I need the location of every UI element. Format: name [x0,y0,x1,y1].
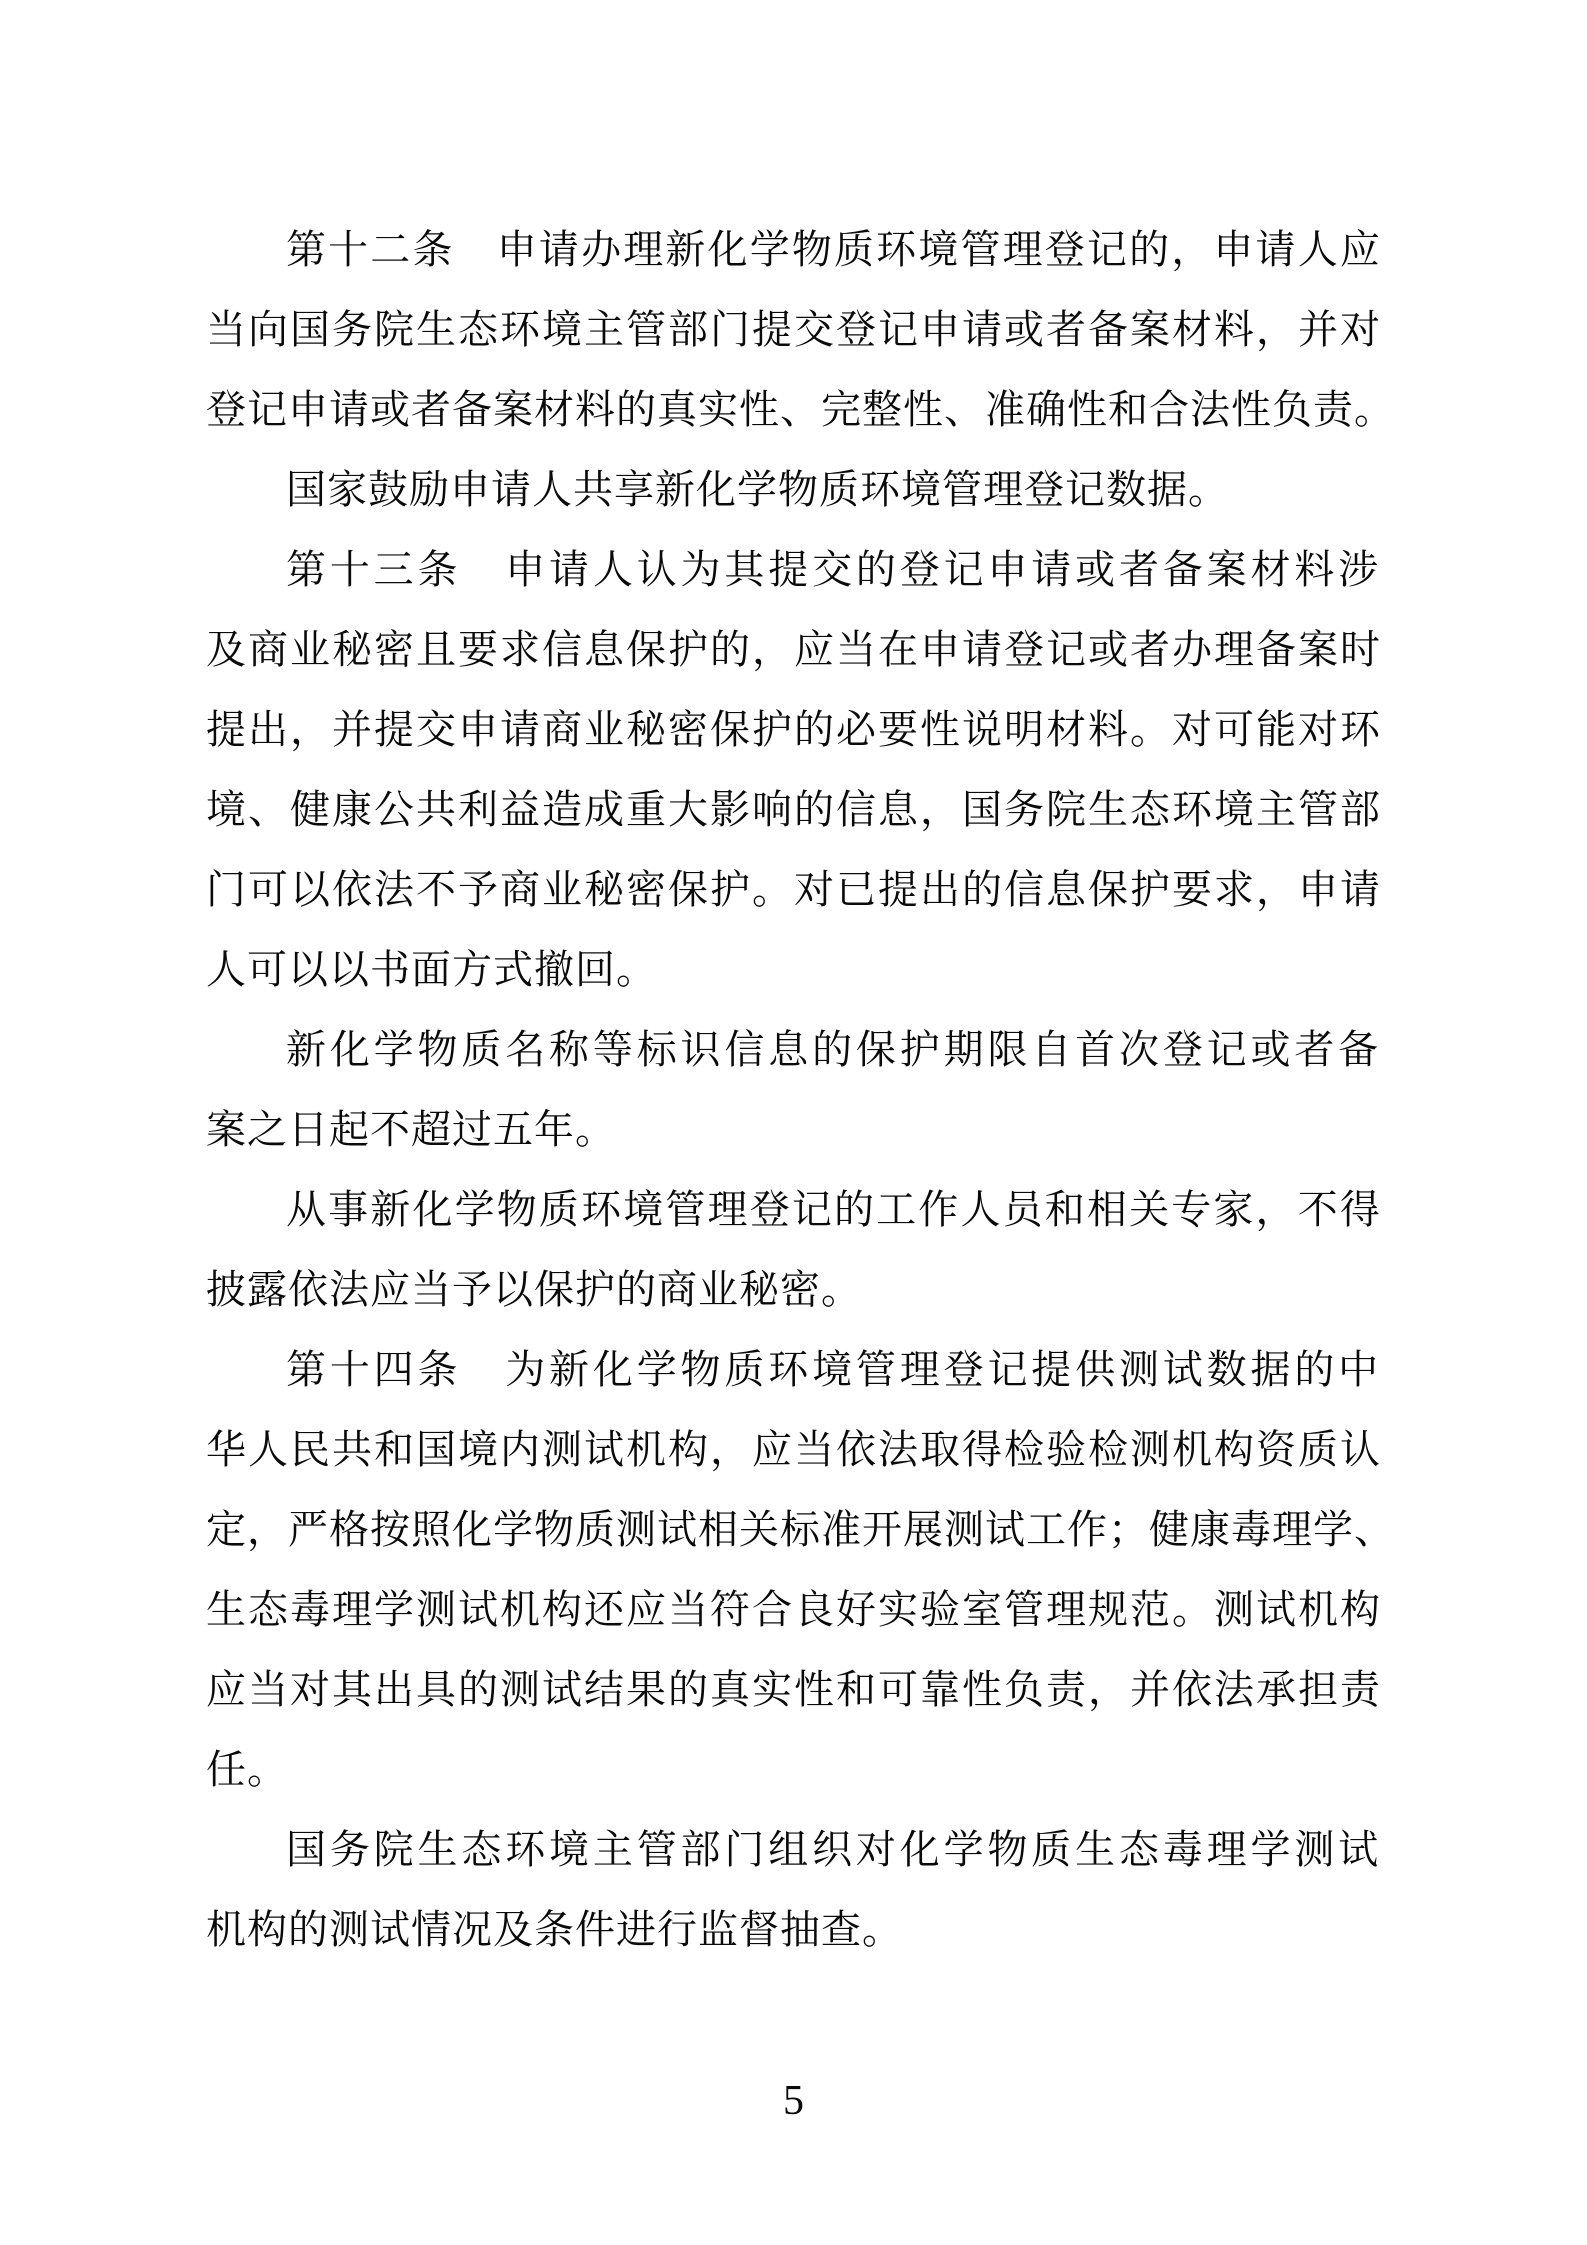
text-line: 从事新化学物质环境管理登记的工作人员和相关专家，不得 [206,1170,1382,1250]
text-line: 华人民共和国境内测试机构，应当依法取得检验检测机构资质认 [206,1410,1382,1490]
text-line: 第十四条 为新化学物质环境管理登记提供测试数据的中 [206,1330,1382,1410]
text-line: 境、健康公共利益造成重大影响的信息，国务院生态环境主管部 [206,770,1382,850]
text-line: 机构的测试情况及条件进行监督抽查。 [206,1890,1382,1970]
paragraph: 第十三条 申请人认为其提交的登记申请或者备案材料涉及商业秘密且要求信息保护的，应… [206,530,1382,1010]
text-line: 案之日起不超过五年。 [206,1090,1382,1170]
text-line: 国家鼓励申请人共享新化学物质环境管理登记数据。 [206,450,1382,530]
text-line: 门可以依法不予商业秘密保护。对已提出的信息保护要求，申请 [206,850,1382,930]
paragraph: 国务院生态环境主管部门组织对化学物质生态毒理学测试机构的测试情况及条件进行监督抽… [206,1810,1382,1970]
text-line: 生态毒理学测试机构还应当符合良好实验室管理规范。测试机构 [206,1570,1382,1650]
text-line: 任。 [206,1730,1382,1810]
paragraph: 从事新化学物质环境管理登记的工作人员和相关专家，不得披露依法应当予以保护的商业秘… [206,1170,1382,1330]
paragraph: 第十四条 为新化学物质环境管理登记提供测试数据的中华人民共和国境内测试机构，应当… [206,1330,1382,1810]
text-line: 定，严格按照化学物质测试相关标准开展测试工作；健康毒理学、 [206,1490,1382,1570]
text-line: 人可以以书面方式撤回。 [206,930,1382,1010]
document-body: 第十二条 申请办理新化学物质环境管理登记的，申请人应当向国务院生态环境主管部门提… [206,210,1382,1970]
page-number: 5 [0,2076,1587,2126]
text-line: 第十二条 申请办理新化学物质环境管理登记的，申请人应 [206,210,1382,290]
text-line: 当向国务院生态环境主管部门提交登记申请或者备案材料，并对 [206,290,1382,370]
text-line: 新化学物质名称等标识信息的保护期限自首次登记或者备 [206,1010,1382,1090]
text-line: 国务院生态环境主管部门组织对化学物质生态毒理学测试 [206,1810,1382,1890]
document-page: 第十二条 申请办理新化学物质环境管理登记的，申请人应当向国务院生态环境主管部门提… [0,0,1587,2245]
text-line: 披露依法应当予以保护的商业秘密。 [206,1250,1382,1330]
text-line: 提出，并提交申请商业秘密保护的必要性说明材料。对可能对环 [206,690,1382,770]
text-line: 应当对其出具的测试结果的真实性和可靠性负责，并依法承担责 [206,1650,1382,1730]
text-line: 及商业秘密且要求信息保护的，应当在申请登记或者办理备案时 [206,610,1382,690]
paragraph: 国家鼓励申请人共享新化学物质环境管理登记数据。 [206,450,1382,530]
text-line: 登记申请或者备案材料的真实性、完整性、准确性和合法性负责。 [206,370,1382,450]
paragraph: 第十二条 申请办理新化学物质环境管理登记的，申请人应当向国务院生态环境主管部门提… [206,210,1382,450]
paragraph: 新化学物质名称等标识信息的保护期限自首次登记或者备案之日起不超过五年。 [206,1010,1382,1170]
text-line: 第十三条 申请人认为其提交的登记申请或者备案材料涉 [206,530,1382,610]
